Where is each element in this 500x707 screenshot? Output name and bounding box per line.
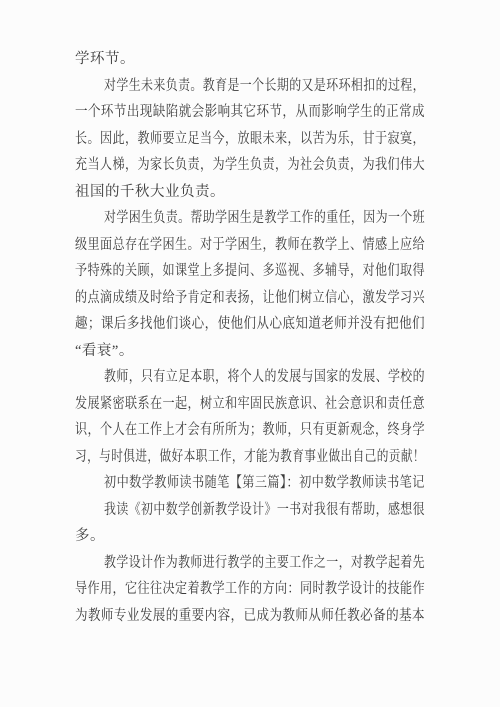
text-line: 习，与时俱进，做好本职工作，才能为教育事业做出自己的贡献！ [75,444,425,471]
text-line: 多。 [75,523,425,550]
text-line: “看衰”。 [75,338,425,365]
text-line-content: 学环节。 [75,46,135,73]
document-page: 学环节。对学生未来负责。教育是一个长期的又是环环相扣的过程，一个环节出现缺陷就会… [0,0,500,707]
text-line: 予特殊的关顾，如课堂上多提问、多巡视、多辅导，对他们取得 [75,258,425,285]
text-line: 识，个人在工作上才会有所所为；教师，只有更新观念，终身学 [75,417,425,444]
text-line-content: 予特殊的关顾，如课堂上多提问、多巡视、多辅导，对他们取得 [75,258,425,285]
text-line-content: 对学困生负责。帮助学困生是教学工作的重任，因为一个班 [104,205,425,232]
text-column: 学环节。对学生未来负责。教育是一个长期的又是环环相扣的过程，一个环节出现缺陷就会… [75,46,425,629]
text-line-content: 充当人梯，为家长负责，为学生负责，为社会负责，为我们伟大 [75,152,425,179]
text-line: 发展紧密联系在一起，树立和牢固民族意识、社会意识和责任意 [75,391,425,418]
text-line: 导作用，它往往决定着教学工作的方向：同时教学设计的技能作 [75,576,425,603]
text-line-content: 习，与时俱进，做好本职工作，才能为教育事业做出自己的贡献！ [75,444,425,471]
text-line-content: 我读《初中数学创新教学设计》一书对我很有帮助，感想很 [104,497,425,524]
text-line-content: 教学设计作为教师进行教学的主要工作之一，对教学起着先 [104,550,425,577]
text-line-content: 教师，只有立足本职，将个人的发展与国家的发展、学校的 [104,364,425,391]
text-line-content: 发展紧密联系在一起，树立和牢固民族意识、社会意识和责任意 [75,391,425,418]
text-line: 学环节。 [75,46,425,73]
text-line-content: 趣；课后多找他们谈心，使他们从心底知道老师并没有把他们 [75,311,425,338]
text-line: 的点滴成绩及时给予肯定和表扬，让他们树立信心，激发学习兴 [75,285,425,312]
text-line: 充当人梯，为家长负责，为学生负责，为社会负责，为我们伟大 [75,152,425,179]
text-line-content: 识，个人在工作上才会有所所为；教师，只有更新观念，终身学 [75,417,425,444]
text-line: 趣；课后多找他们谈心，使他们从心底知道老师并没有把他们 [75,311,425,338]
text-line: 对学困生负责。帮助学困生是教学工作的重任，因为一个班 [75,205,425,232]
text-line-content: 多。 [75,523,105,550]
text-line: 为教师专业发展的重要内容，已成为教师从师任教必备的基本 [75,603,425,630]
text-line: 教学设计作为教师进行教学的主要工作之一，对教学起着先 [75,550,425,577]
text-line: 对学生未来负责。教育是一个长期的又是环环相扣的过程， [75,73,425,100]
text-line: 级里面总存在学困生。对于学困生，教师在教学上、情感上应给 [75,232,425,259]
text-line-content: 级里面总存在学困生。对于学困生，教师在教学上、情感上应给 [75,232,425,259]
text-line-content: 导作用，它往往决定着教学工作的方向：同时教学设计的技能作 [75,576,425,603]
text-line: 初中数学教师读书随笔【第三篇】：初中数学教师读书笔记 [75,470,425,497]
text-line-content: 为教师专业发展的重要内容，已成为教师从师任教必备的基本 [75,603,425,630]
text-line-content: 对学生未来负责。教育是一个长期的又是环环相扣的过程， [104,73,425,100]
text-line: 祖国的千秋大业负责。 [75,179,425,206]
text-line: 我读《初中数学创新教学设计》一书对我很有帮助，感想很 [75,497,425,524]
text-line-content: 一个环节出现缺陷就会影响其它环节，从而影响学生的正常成 [75,99,425,126]
text-line: 长。因此，教师要立足当今，放眼未来，以苦为乐，甘于寂寞， [75,126,425,153]
text-line-content: 初中数学教师读书随笔【第三篇】：初中数学教师读书笔记 [104,470,425,497]
text-line-content: 祖国的千秋大业负责。 [75,179,225,206]
text-line-content: “看衰”。 [75,338,134,365]
text-line-content: 的点滴成绩及时给予肯定和表扬，让他们树立信心，激发学习兴 [75,285,425,312]
text-line: 一个环节出现缺陷就会影响其它环节，从而影响学生的正常成 [75,99,425,126]
text-line: 教师，只有立足本职，将个人的发展与国家的发展、学校的 [75,364,425,391]
text-line-content: 长。因此，教师要立足当今，放眼未来，以苦为乐，甘于寂寞， [75,126,425,153]
